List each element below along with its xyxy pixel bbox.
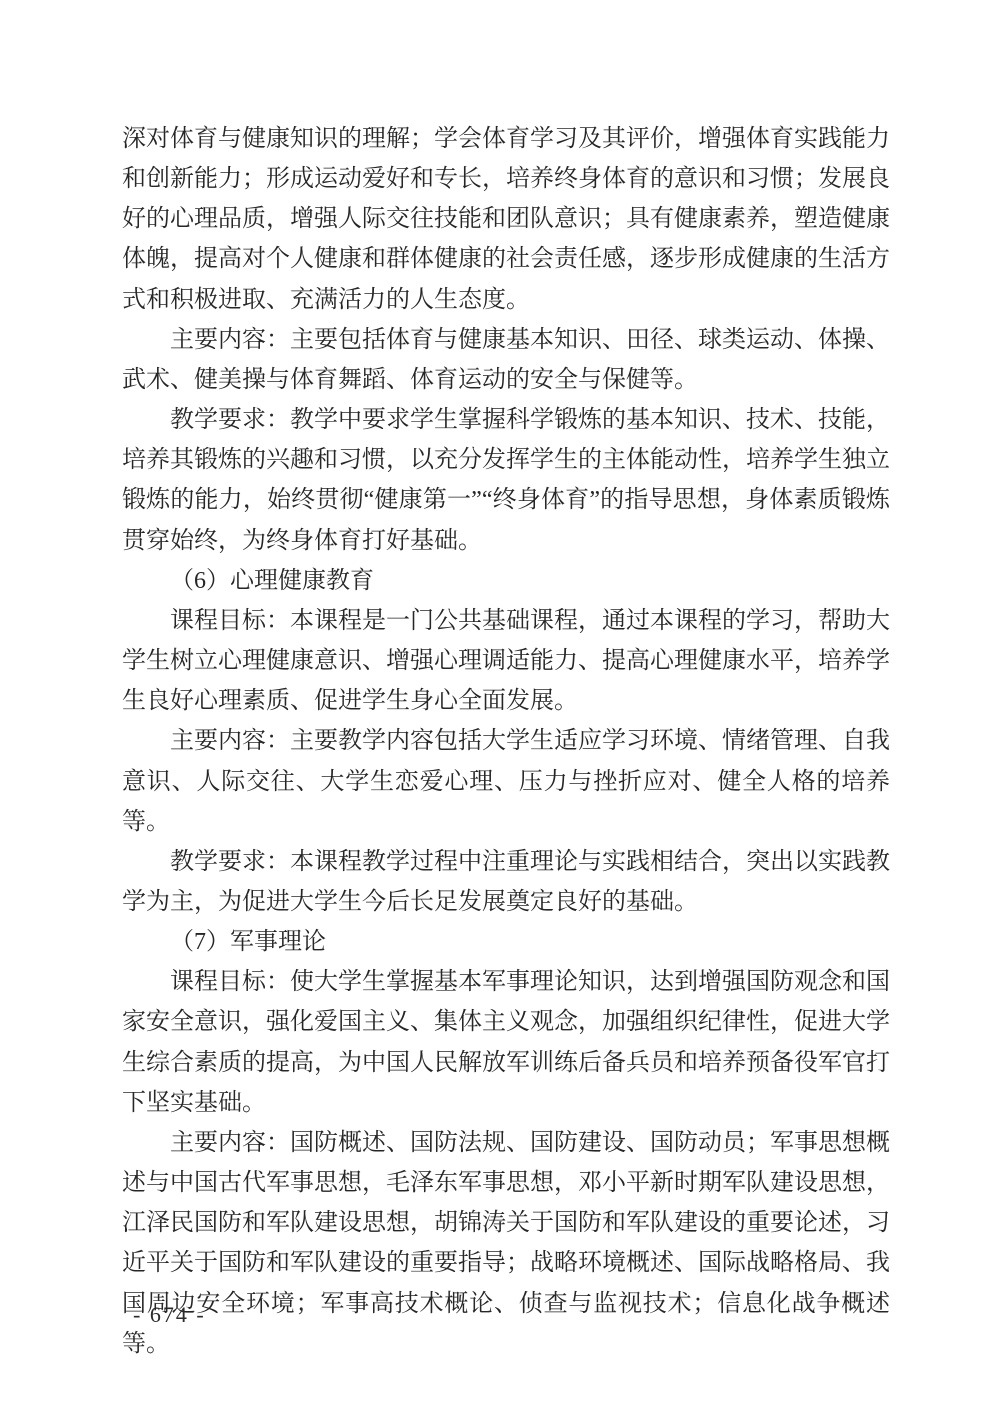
paragraph-teaching-requirements-mental-health: 教学要求：本课程教学过程中注重理论与实践相结合，突出以实践教学为主，为促进大学生…: [122, 842, 890, 922]
section-heading-6-mental-health: （6）心理健康教育: [122, 561, 890, 601]
paragraph-main-content-military-theory: 主要内容：国防概述、国防法规、国防建设、国防动员；军事思想概述与中国古代军事思想…: [122, 1123, 890, 1364]
page-number: - 674 -: [133, 1302, 206, 1328]
paragraph-teaching-requirements-pe: 教学要求：教学中要求学生掌握科学锻炼的基本知识、技术、技能，培养其锻炼的兴趣和习…: [122, 400, 890, 561]
section-heading-7-military-theory: （7）军事理论: [122, 922, 890, 962]
document-body: 深对体育与健康知识的理解；学会体育学习及其评价，增强体育实践能力和创新能力；形成…: [122, 119, 890, 1364]
document-page: 深对体育与健康知识的理解；学会体育学习及其评价，增强体育实践能力和创新能力；形成…: [0, 0, 1000, 1414]
paragraph-main-content-mental-health: 主要内容：主要教学内容包括大学生适应学习环境、情绪管理、自我意识、人际交往、大学…: [122, 721, 890, 841]
paragraph-course-goal-military-theory: 课程目标：使大学生掌握基本军事理论知识，达到增强国防观念和国家安全意识，强化爱国…: [122, 962, 890, 1123]
paragraph-main-content-pe: 主要内容：主要包括体育与健康基本知识、田径、球类运动、体操、武术、健美操与体育舞…: [122, 320, 890, 400]
paragraph-continuation: 深对体育与健康知识的理解；学会体育学习及其评价，增强体育实践能力和创新能力；形成…: [122, 119, 890, 320]
paragraph-course-goal-mental-health: 课程目标：本课程是一门公共基础课程，通过本课程的学习，帮助大学生树立心理健康意识…: [122, 601, 890, 721]
